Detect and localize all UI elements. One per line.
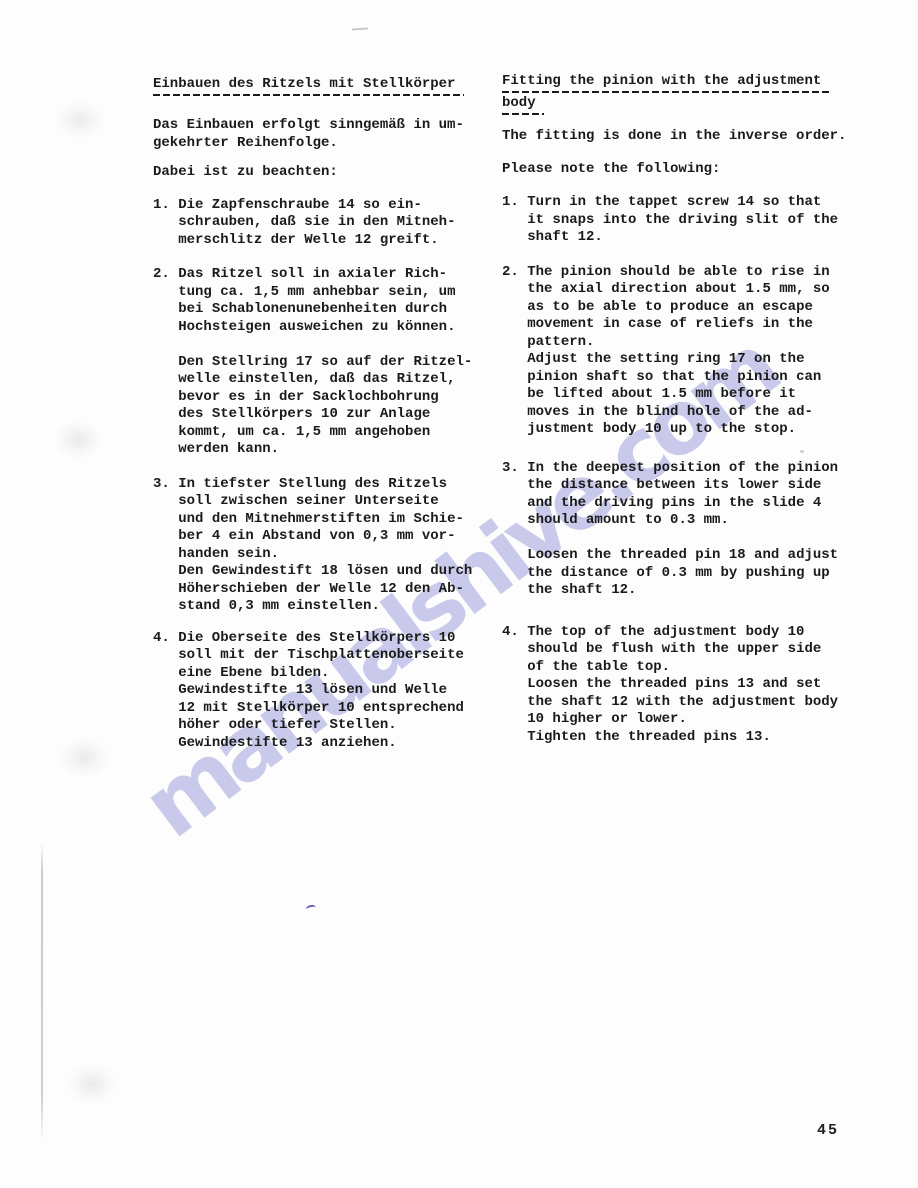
- paragraph-note-english: Please note the following:: [502, 161, 860, 179]
- paragraph-intro-german: Das Einbauen erfolgt sinngemäß in um- ge…: [153, 117, 495, 152]
- scanned-manual-page: manualshive.com Einbauen des Ritzels mit…: [0, 0, 918, 1188]
- instruction-item-german-4: 4. Die Oberseite des Stellkörpers 10 sol…: [153, 630, 495, 753]
- left-column-german: Einbauen des Ritzels mit Stellkörper Das…: [153, 74, 495, 752]
- binder-hole-smudge: [53, 420, 103, 460]
- instruction-item-german-2: 2. Das Ritzel soll in axialer Rich- tung…: [153, 266, 495, 459]
- section-heading-english-text1: Fitting the pinion with the adjustment: [502, 73, 830, 93]
- instruction-item-german-3: 3. In tiefster Stellung des Ritzels soll…: [153, 476, 495, 616]
- scan-dash-artifact: [352, 27, 368, 30]
- section-heading-english-text2: body: [502, 95, 544, 115]
- binder-hole-smudge: [55, 100, 105, 140]
- section-heading-german-text: Einbauen des Ritzels mit Stellkörper: [153, 76, 464, 96]
- instruction-item-english-2: 2. The pinion should be able to rise in …: [502, 264, 860, 439]
- instruction-item-english-1: 1. Turn in the tappet screw 14 so that i…: [502, 194, 860, 247]
- right-column-english: Fitting the pinion with the adjustment b…: [502, 71, 860, 746]
- page-number: 45: [817, 1122, 839, 1140]
- instruction-item-english-4: 4. The top of the adjustment body 10 sho…: [502, 624, 860, 747]
- instruction-item-english-3: 3. In the deepest position of the pinion…: [502, 460, 860, 600]
- binder-hole-smudge: [58, 737, 110, 779]
- ink-squiggle-artifact: [305, 904, 316, 913]
- scan-line-artifact: [41, 843, 43, 1141]
- section-heading-english-line1: Fitting the pinion with the adjustment: [502, 71, 860, 92]
- binder-hole-smudge: [66, 1063, 118, 1105]
- section-heading-german: Einbauen des Ritzels mit Stellkörper: [153, 74, 495, 95]
- section-heading-english-line2: body: [502, 93, 860, 114]
- paragraph-note-german: Dabei ist zu beachten:: [153, 164, 495, 182]
- instruction-item-german-1: 1. Die Zapfenschraube 14 so ein- schraub…: [153, 197, 495, 250]
- paragraph-intro-english: The fitting is done in the inverse order…: [502, 128, 860, 146]
